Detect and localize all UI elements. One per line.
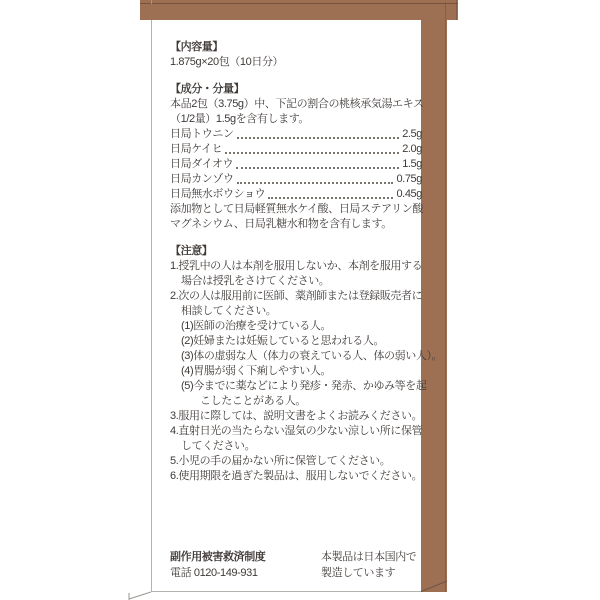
leader-dots	[225, 152, 399, 154]
caution-line: 3.服用に際しては、説明文書をよくお読みください。	[170, 409, 422, 424]
volume-amount: 1.875g×20包（10日分）	[170, 55, 422, 70]
ingredient-name: 日局ダイオウ	[170, 157, 233, 172]
label-text-block: 【内容量】 1.875g×20包（10日分） 【成分・分量】 本品2包（3.75…	[170, 40, 422, 496]
made-in-japan-text: 本製品は日本国内で 製造しています	[321, 549, 416, 581]
ingredients-intro: 本品2包（3.75g）中、下記の割合の桃核承気湯エキス （1/2量）1.5gを含…	[170, 97, 422, 127]
ingredient-list: 日局トウニン 2.5g 日局ケイヒ 2.0g 日局ダイオウ 1.5g	[170, 127, 422, 202]
caution-lines: 1.授乳中の人は本剤を服用しないか、本剤を服用する 場合は授乳をさけてください。…	[170, 259, 422, 484]
section-cautions: 【注意】 1.授乳中の人は本剤を服用しないか、本剤を服用する 場合は授乳をさけて…	[170, 244, 422, 484]
ingredient-name: 日局トウニン	[170, 127, 234, 142]
caution-line: (2)妊婦または妊娠していると思われる人。	[170, 334, 422, 349]
caution-line: 1.授乳中の人は本剤を服用しないか、本剤を服用する	[170, 259, 422, 274]
caution-line: してください。	[170, 439, 422, 454]
relief-system-title: 副作用被害救済制度	[170, 549, 321, 565]
additives-line: 添加物として日局軽質無水ケイ酸、日局ステアリン酸	[170, 202, 422, 217]
ingredients-intro-line: （1/2量）1.5gを含有します。	[170, 112, 422, 127]
volume-heading: 【内容量】	[170, 40, 422, 55]
leader-dots	[237, 182, 394, 184]
caution-line: (1)医師の治療を受けている人。	[170, 319, 422, 334]
ingredient-name: 日局カンゾウ	[170, 172, 234, 187]
ingredient-amount: 0.75g	[396, 172, 422, 187]
caution-line: 5.小児の手の届かない所に保管してください。	[170, 454, 422, 469]
ingredient-amount: 1.5g	[402, 157, 422, 172]
caution-line: (4)胃腸が弱く下痢しやすい人。	[170, 364, 422, 379]
caution-line: 2.次の人は服用前に医師、薬剤師または登録販売者に	[170, 289, 422, 304]
ingredient-row: 日局カンゾウ 0.75g	[170, 172, 422, 187]
caution-line: (5)今までに薬などにより発疹・発赤、かゆみ等を起	[170, 379, 422, 394]
section-ingredients: 【成分・分量】 本品2包（3.75g）中、下記の割合の桃核承気湯エキス （1/2…	[170, 82, 422, 232]
label-footer: 副作用被害救済制度 電話 0120-149-931 本製品は日本国内で 製造して…	[170, 549, 428, 581]
additives-line: マグネシウム、日局乳糖水和物を含有します。	[170, 217, 422, 232]
caution-line: (3)体の虚弱な人（体力の衰えている人、体の弱い人）。	[170, 349, 422, 364]
ingredient-row: 日局無水ボウショウ 0.45g	[170, 187, 422, 202]
caution-line: 6.使用期限を過ぎた製品は、服用しないでください。	[170, 469, 422, 484]
additives-text: 添加物として日局軽質無水ケイ酸、日局ステアリン酸 マグネシウム、日局乳糖水和物を…	[170, 202, 422, 232]
ingredient-row: 日局ダイオウ 1.5g	[170, 157, 422, 172]
leader-dots	[236, 167, 399, 169]
relief-system-phone: 電話 0120-149-931	[170, 565, 321, 581]
ingredient-row: 日局ケイヒ 2.0g	[170, 142, 422, 157]
ingredient-amount: 0.45g	[396, 187, 422, 202]
medicine-package-back-panel: 【内容量】 1.875g×20包（10日分） 【成分・分量】 本品2包（3.75…	[0, 0, 600, 600]
made-in-japan-line: 本製品は日本国内で	[321, 549, 416, 565]
ingredient-name: 日局ケイヒ	[170, 142, 222, 157]
section-volume: 【内容量】 1.875g×20包（10日分）	[170, 40, 422, 70]
leader-dots	[237, 137, 400, 139]
caution-line: こしたことがある人。	[170, 394, 422, 409]
leader-dots	[268, 197, 393, 199]
ingredients-heading: 【成分・分量】	[170, 82, 422, 97]
cautions-heading: 【注意】	[170, 244, 422, 259]
top-flap-fold-line	[140, 3, 458, 4]
ingredients-intro-line: 本品2包（3.75g）中、下記の割合の桃核承気湯エキス	[170, 97, 422, 112]
right-fold-line	[445, 2, 446, 592]
ingredient-name: 日局無水ボウショウ	[170, 187, 265, 202]
caution-line: 4.直射日光の当たらない湿気の少ない涼しい所に保管	[170, 424, 422, 439]
ingredient-amount: 2.0g	[402, 142, 422, 157]
made-in-japan-line: 製造しています	[321, 565, 416, 581]
caution-line: 相談してください。	[170, 304, 422, 319]
ingredient-amount: 2.5g	[402, 127, 422, 142]
top-right-fold-line	[456, 0, 457, 20]
caution-line: 場合は授乳をさけてください。	[170, 274, 422, 289]
ingredient-row: 日局トウニン 2.5g	[170, 127, 422, 142]
relief-system-block: 副作用被害救済制度 電話 0120-149-931	[170, 549, 321, 581]
right-flap	[421, 20, 447, 592]
